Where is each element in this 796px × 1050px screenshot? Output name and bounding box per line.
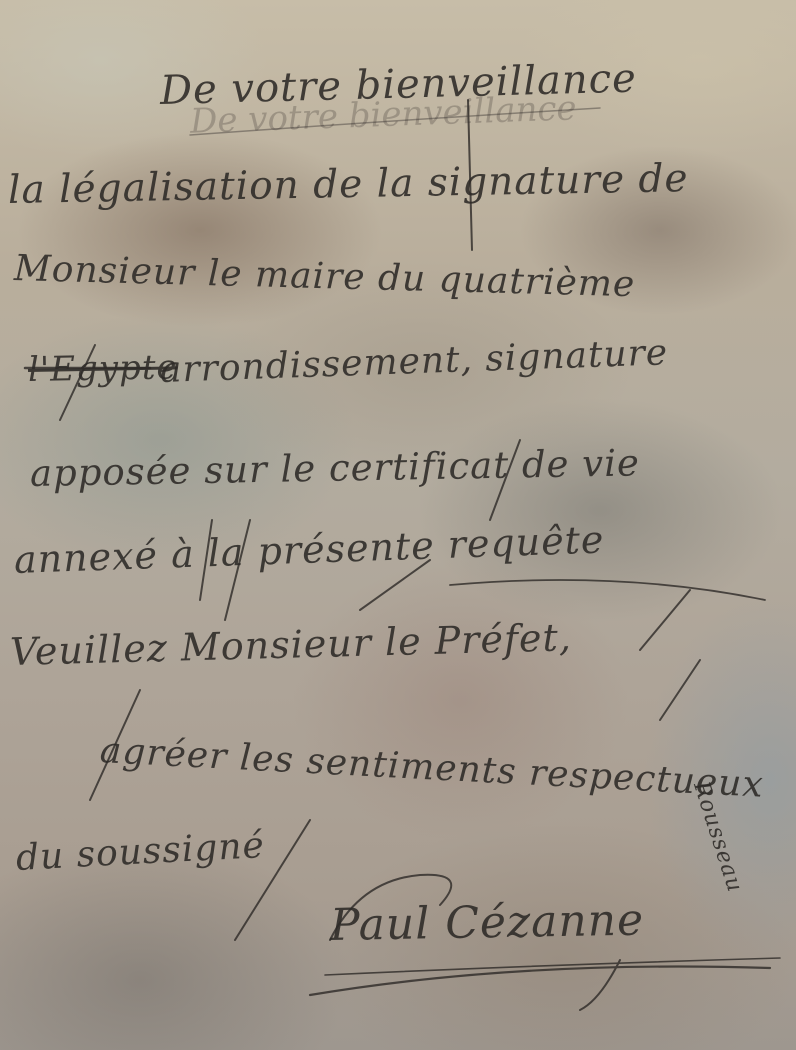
script-line-8: agréer les sentiments respectueux bbox=[99, 730, 765, 806]
script-line-2: la légalisation de la signature de bbox=[8, 156, 689, 213]
script-line-5: apposée sur le certificat de vie bbox=[30, 441, 641, 495]
script-line-3: Monsieur le maire du quatrième bbox=[13, 248, 635, 305]
script-line-7: Veuillez Monsieur le Préfet, bbox=[9, 615, 572, 674]
script-line-6: annexé à la présente requête bbox=[13, 517, 605, 582]
struck-word: l'Egypte bbox=[28, 347, 178, 390]
painted-canvas: De votre bienveillance De votre bienveil… bbox=[0, 0, 796, 1050]
signature: Paul Cézanne bbox=[330, 895, 645, 951]
script-line-4: arrondissement, signature bbox=[159, 332, 669, 391]
script-line-9: du soussigné bbox=[15, 825, 266, 879]
